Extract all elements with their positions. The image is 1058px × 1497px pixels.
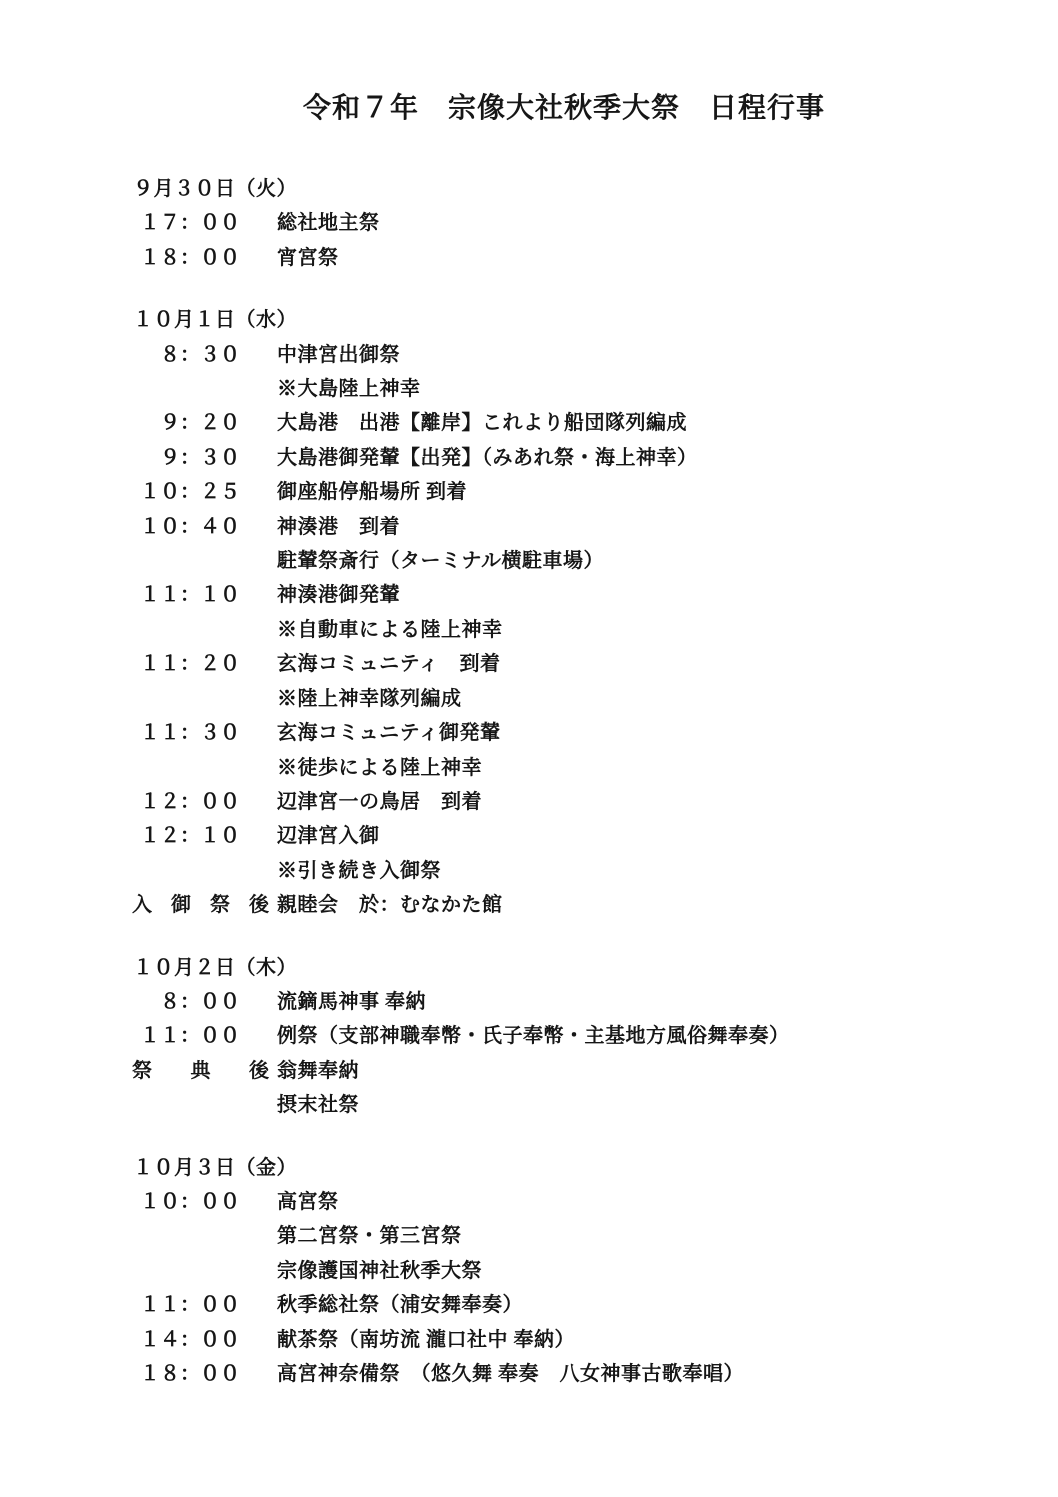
schedule-row: １４：００献茶祭（南坊流 瀧口社中 奉納）	[133, 1323, 1058, 1357]
schedule-row: １７：００総社地主祭	[133, 206, 1058, 240]
page-title: 令和７年 宗像大社秋季大祭 日程行事	[0, 0, 1058, 126]
event-time	[140, 682, 240, 716]
schedule-row: １２：１０辺津宮入御	[133, 819, 1058, 853]
schedule-row: １０：４０神湊港 到着	[133, 510, 1058, 544]
event-name: 宵宮祭	[277, 241, 339, 275]
schedule-row: １８：００宵宮祭	[133, 241, 1058, 275]
schedule-row: ９：３０大島港御発輦【出発】（みあれ祭・海上神幸）	[133, 441, 1058, 475]
event-time: １２：１０	[140, 819, 240, 853]
event-name: 大島港 出港【離岸】これより船団隊列編成	[277, 406, 687, 440]
event-time	[140, 1254, 240, 1288]
event-name: 秋季総社祭（浦安舞奉奏）	[277, 1288, 523, 1322]
event-time: １０：２５	[140, 475, 240, 509]
document-page: 令和７年 宗像大社秋季大祭 日程行事 ９月３０日（火）１７：００総社地主祭１８：…	[0, 0, 1058, 1497]
schedule-row: ８：３０中津宮出御祭	[133, 338, 1058, 372]
event-name: ※大島陸上神幸	[277, 372, 421, 406]
event-time: １０：４０	[140, 510, 240, 544]
event-time: １４：００	[140, 1323, 240, 1357]
schedule-row: 第二宮祭・第三宮祭	[133, 1219, 1058, 1253]
event-name: 第二宮祭・第三宮祭	[277, 1219, 462, 1253]
event-time	[140, 613, 240, 647]
event-name: 献茶祭（南坊流 瀧口社中 奉納）	[277, 1323, 575, 1357]
schedule-row: １０：２５御座船停船場所 到着	[133, 475, 1058, 509]
schedule-row: １１：３０玄海コミュニティ御発輦	[133, 716, 1058, 750]
schedule-row: ※陸上神幸隊列編成	[133, 682, 1058, 716]
event-name: 高宮神奈備祭 （悠久舞 奉奏 八女神事古歌奉唱）	[277, 1357, 744, 1391]
event-name: 駐輦祭斎行（ターミナル横駐車場）	[277, 544, 604, 578]
event-time: １１：１０	[140, 578, 240, 612]
schedule-row: 駐輦祭斎行（ターミナル横駐車場）	[133, 544, 1058, 578]
event-time: １２：００	[140, 785, 240, 819]
event-time: ８：３０	[140, 338, 240, 372]
event-name: 中津宮出御祭	[277, 338, 400, 372]
event-time: １０：００	[140, 1185, 240, 1219]
event-name: 流鏑馬神事 奉納	[277, 985, 426, 1019]
schedule-row: １０：００高宮祭	[133, 1185, 1058, 1219]
event-name: 宗像護国神社秋季大祭	[277, 1254, 482, 1288]
section-date: １０月２日（木）	[133, 951, 1058, 985]
event-name: 親睦会 於：むなかた館	[277, 888, 503, 922]
schedule-row: ※自動車による陸上神幸	[133, 613, 1058, 647]
event-name: 例祭（支部神職奉幣・氏子奉幣・主基地方風俗舞奉奏）	[277, 1019, 790, 1053]
event-time	[140, 1088, 240, 1122]
event-time	[140, 544, 240, 578]
event-name: ※引き続き入御祭	[277, 854, 441, 888]
event-time: １７：００	[140, 206, 240, 240]
section-date: １０月３日（金）	[133, 1151, 1058, 1185]
schedule-row: １８：００高宮神奈備祭 （悠久舞 奉奏 八女神事古歌奉唱）	[133, 1357, 1058, 1391]
event-time: ９：３０	[140, 441, 240, 475]
event-time: １１：００	[140, 1019, 240, 1053]
event-time: １１：００	[140, 1288, 240, 1322]
schedule-row: 祭 典 後翁舞奉納	[133, 1054, 1058, 1088]
schedule-section: １０月３日（金）１０：００高宮祭第二宮祭・第三宮祭宗像護国神社秋季大祭１１：００…	[133, 1151, 1058, 1392]
event-name: 辺津宮一の鳥居 到着	[277, 785, 482, 819]
schedule-row: 宗像護国神社秋季大祭	[133, 1254, 1058, 1288]
schedule-row: ９：２０大島港 出港【離岸】これより船団隊列編成	[133, 406, 1058, 440]
section-date: １０月１日（水）	[133, 303, 1058, 337]
event-timing-label: 入 御 祭 後	[132, 888, 269, 922]
event-name: ※陸上神幸隊列編成	[277, 682, 462, 716]
schedule-row: １１：００例祭（支部神職奉幣・氏子奉幣・主基地方風俗舞奉奏）	[133, 1019, 1058, 1053]
event-name: 神湊港 到着	[277, 510, 400, 544]
event-time: １１：２０	[140, 647, 240, 681]
event-time	[140, 751, 240, 785]
event-time	[140, 1219, 240, 1253]
event-name: 辺津宮入御	[277, 819, 380, 853]
section-date: ９月３０日（火）	[133, 172, 1058, 206]
schedule-row: １１：１０神湊港御発輦	[133, 578, 1058, 612]
event-name: 摂末社祭	[277, 1088, 359, 1122]
event-name: 御座船停船場所 到着	[277, 475, 467, 509]
event-name: 神湊港御発輦	[277, 578, 400, 612]
schedule-row: 入 御 祭 後親睦会 於：むなかた館	[133, 888, 1058, 922]
event-name: 玄海コミュニティ 到着	[277, 647, 501, 681]
schedule-row: １２：００辺津宮一の鳥居 到着	[133, 785, 1058, 819]
event-timing-label: 祭 典 後	[132, 1054, 269, 1088]
schedule-row: １１：００秋季総社祭（浦安舞奉奏）	[133, 1288, 1058, 1322]
event-time: １８：００	[140, 241, 240, 275]
event-time	[140, 854, 240, 888]
event-name: 翁舞奉納	[277, 1054, 359, 1088]
festival-schedule: ９月３０日（火）１７：００総社地主祭１８：００宵宮祭１０月１日（水）８：３０中津…	[0, 126, 1058, 1391]
event-time: １８：００	[140, 1357, 240, 1391]
schedule-row: 摂末社祭	[133, 1088, 1058, 1122]
event-name: 玄海コミュニティ御発輦	[277, 716, 501, 750]
schedule-section: ９月３０日（火）１７：００総社地主祭１８：００宵宮祭	[133, 172, 1058, 275]
schedule-section: １０月２日（木）８：００流鏑馬神事 奉納１１：００例祭（支部神職奉幣・氏子奉幣・…	[133, 951, 1058, 1123]
event-name: ※徒歩による陸上神幸	[277, 751, 482, 785]
event-name: 高宮祭	[277, 1185, 339, 1219]
schedule-row: １１：２０玄海コミュニティ 到着	[133, 647, 1058, 681]
event-time: ８：００	[140, 985, 240, 1019]
event-time: ９：２０	[140, 406, 240, 440]
event-time	[140, 372, 240, 406]
schedule-row: ※徒歩による陸上神幸	[133, 751, 1058, 785]
schedule-row: ※大島陸上神幸	[133, 372, 1058, 406]
schedule-row: ８：００流鏑馬神事 奉納	[133, 985, 1058, 1019]
schedule-section: １０月１日（水）８：３０中津宮出御祭※大島陸上神幸９：２０大島港 出港【離岸】こ…	[133, 303, 1058, 922]
event-name: 総社地主祭	[277, 206, 380, 240]
schedule-row: ※引き続き入御祭	[133, 854, 1058, 888]
event-time: １１：３０	[140, 716, 240, 750]
event-name: 大島港御発輦【出発】（みあれ祭・海上神幸）	[277, 441, 698, 475]
event-name: ※自動車による陸上神幸	[277, 613, 503, 647]
